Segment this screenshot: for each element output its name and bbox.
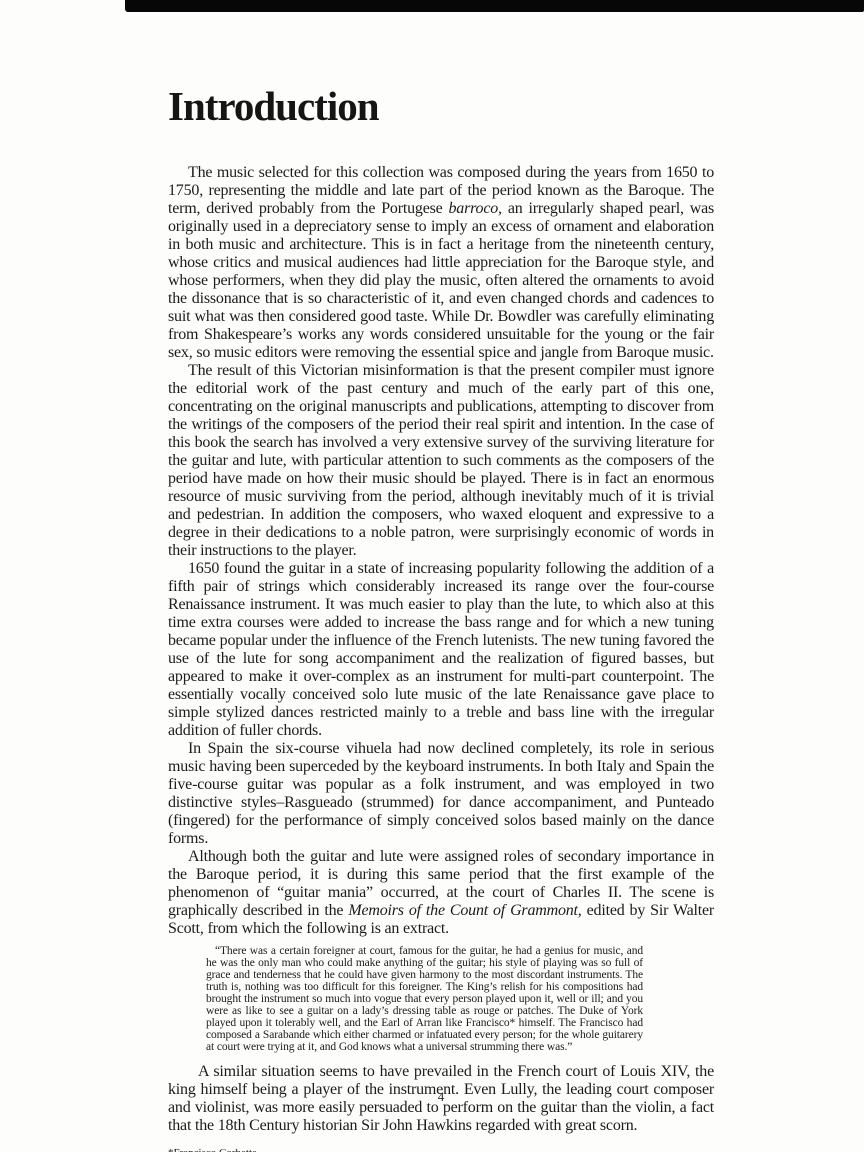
scanned-book-page: Introduction The music selected for this… [0, 0, 864, 1152]
page-number: 4 [168, 1089, 714, 1105]
page-content: Introduction The music selected for this… [168, 0, 714, 1152]
footnote: *Francisco Corbetta [168, 1147, 714, 1152]
block-quote-extract: “There was a certain foreigner at court,… [206, 945, 643, 1053]
paragraph-2: The result of this Victorian misinformat… [168, 362, 714, 560]
body-text: The music selected for this collection w… [168, 164, 714, 1152]
paragraph-3: 1650 found the guitar in a state of incr… [168, 560, 714, 740]
paragraph-1: The music selected for this collection w… [168, 164, 714, 362]
italic-term-barroco: barroco, [449, 200, 502, 217]
paragraph-5: Although both the guitar and lute were a… [168, 848, 714, 938]
paragraph-1-text-post: an irregularly shaped pearl, was origina… [168, 200, 714, 361]
paragraph-4: In Spain the six-course vihuela had now … [168, 740, 714, 848]
page-title: Introduction [168, 86, 714, 127]
italic-book-title: Memoirs of the Count of Grammont, [348, 902, 581, 919]
